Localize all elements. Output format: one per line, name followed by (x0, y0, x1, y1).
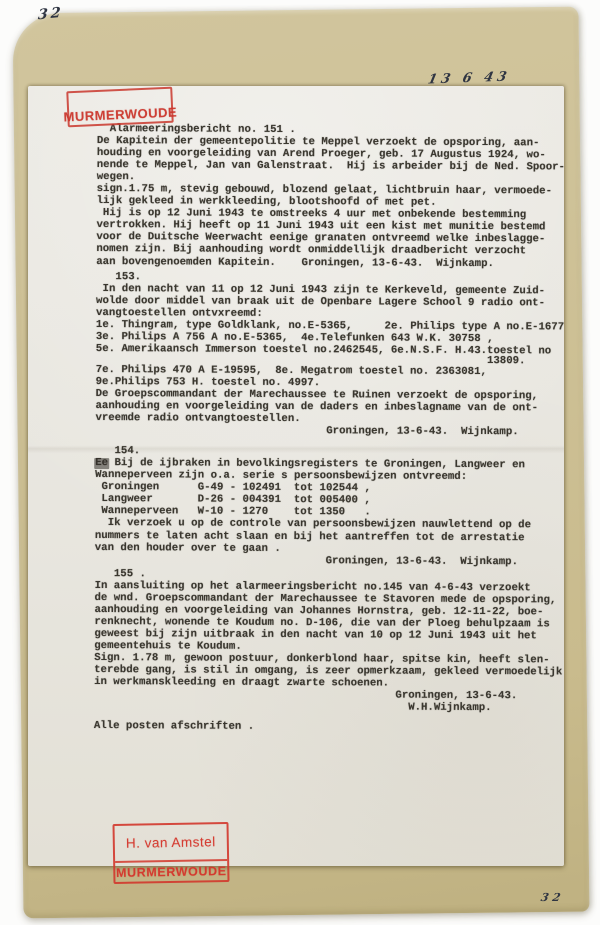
handwritten-date-code-top-right: 13 6 43 (426, 70, 511, 88)
typewritten-line: Groningen, 13-6-43. Wijnkamp. (95, 554, 562, 568)
handwritten-folio-number-top-left: 32 (38, 5, 64, 24)
typewritten-line: Alle posten afschriften . (94, 720, 561, 734)
owner-stamp-place: MURMERWOUDE (115, 862, 227, 882)
murmerwoude-stamp-top-label: MURMERWOUDE (63, 105, 177, 125)
typewritten-line: Groningen, 13-6-43. Wijnkamp. (95, 424, 562, 438)
typewritten-line: W.H.Wijnkamp. (94, 700, 561, 714)
overstruck-text: Ee (95, 457, 108, 469)
typewritten-text-block: Alarmeeringsbericht no. 151 .De Kapitein… (94, 123, 564, 735)
owner-stamp-name: H. van Amstel (115, 824, 228, 861)
owner-stamp-bottom: H. van Amstel MURMERWOUDE (112, 822, 229, 884)
typewritten-line: aan bovengenoemden Kapitein. Groningen, … (96, 256, 563, 270)
handwritten-folio-number-bottom-right: 32 (540, 891, 566, 904)
document-sheet: Alarmeeringsbericht no. 151 .De Kapitein… (28, 86, 564, 866)
murmerwoude-stamp-top: MURMERWOUDE (66, 87, 173, 128)
photographed-archive-document: 32 13 6 43 32 Alarmeeringsbericht no. 15… (0, 0, 600, 925)
